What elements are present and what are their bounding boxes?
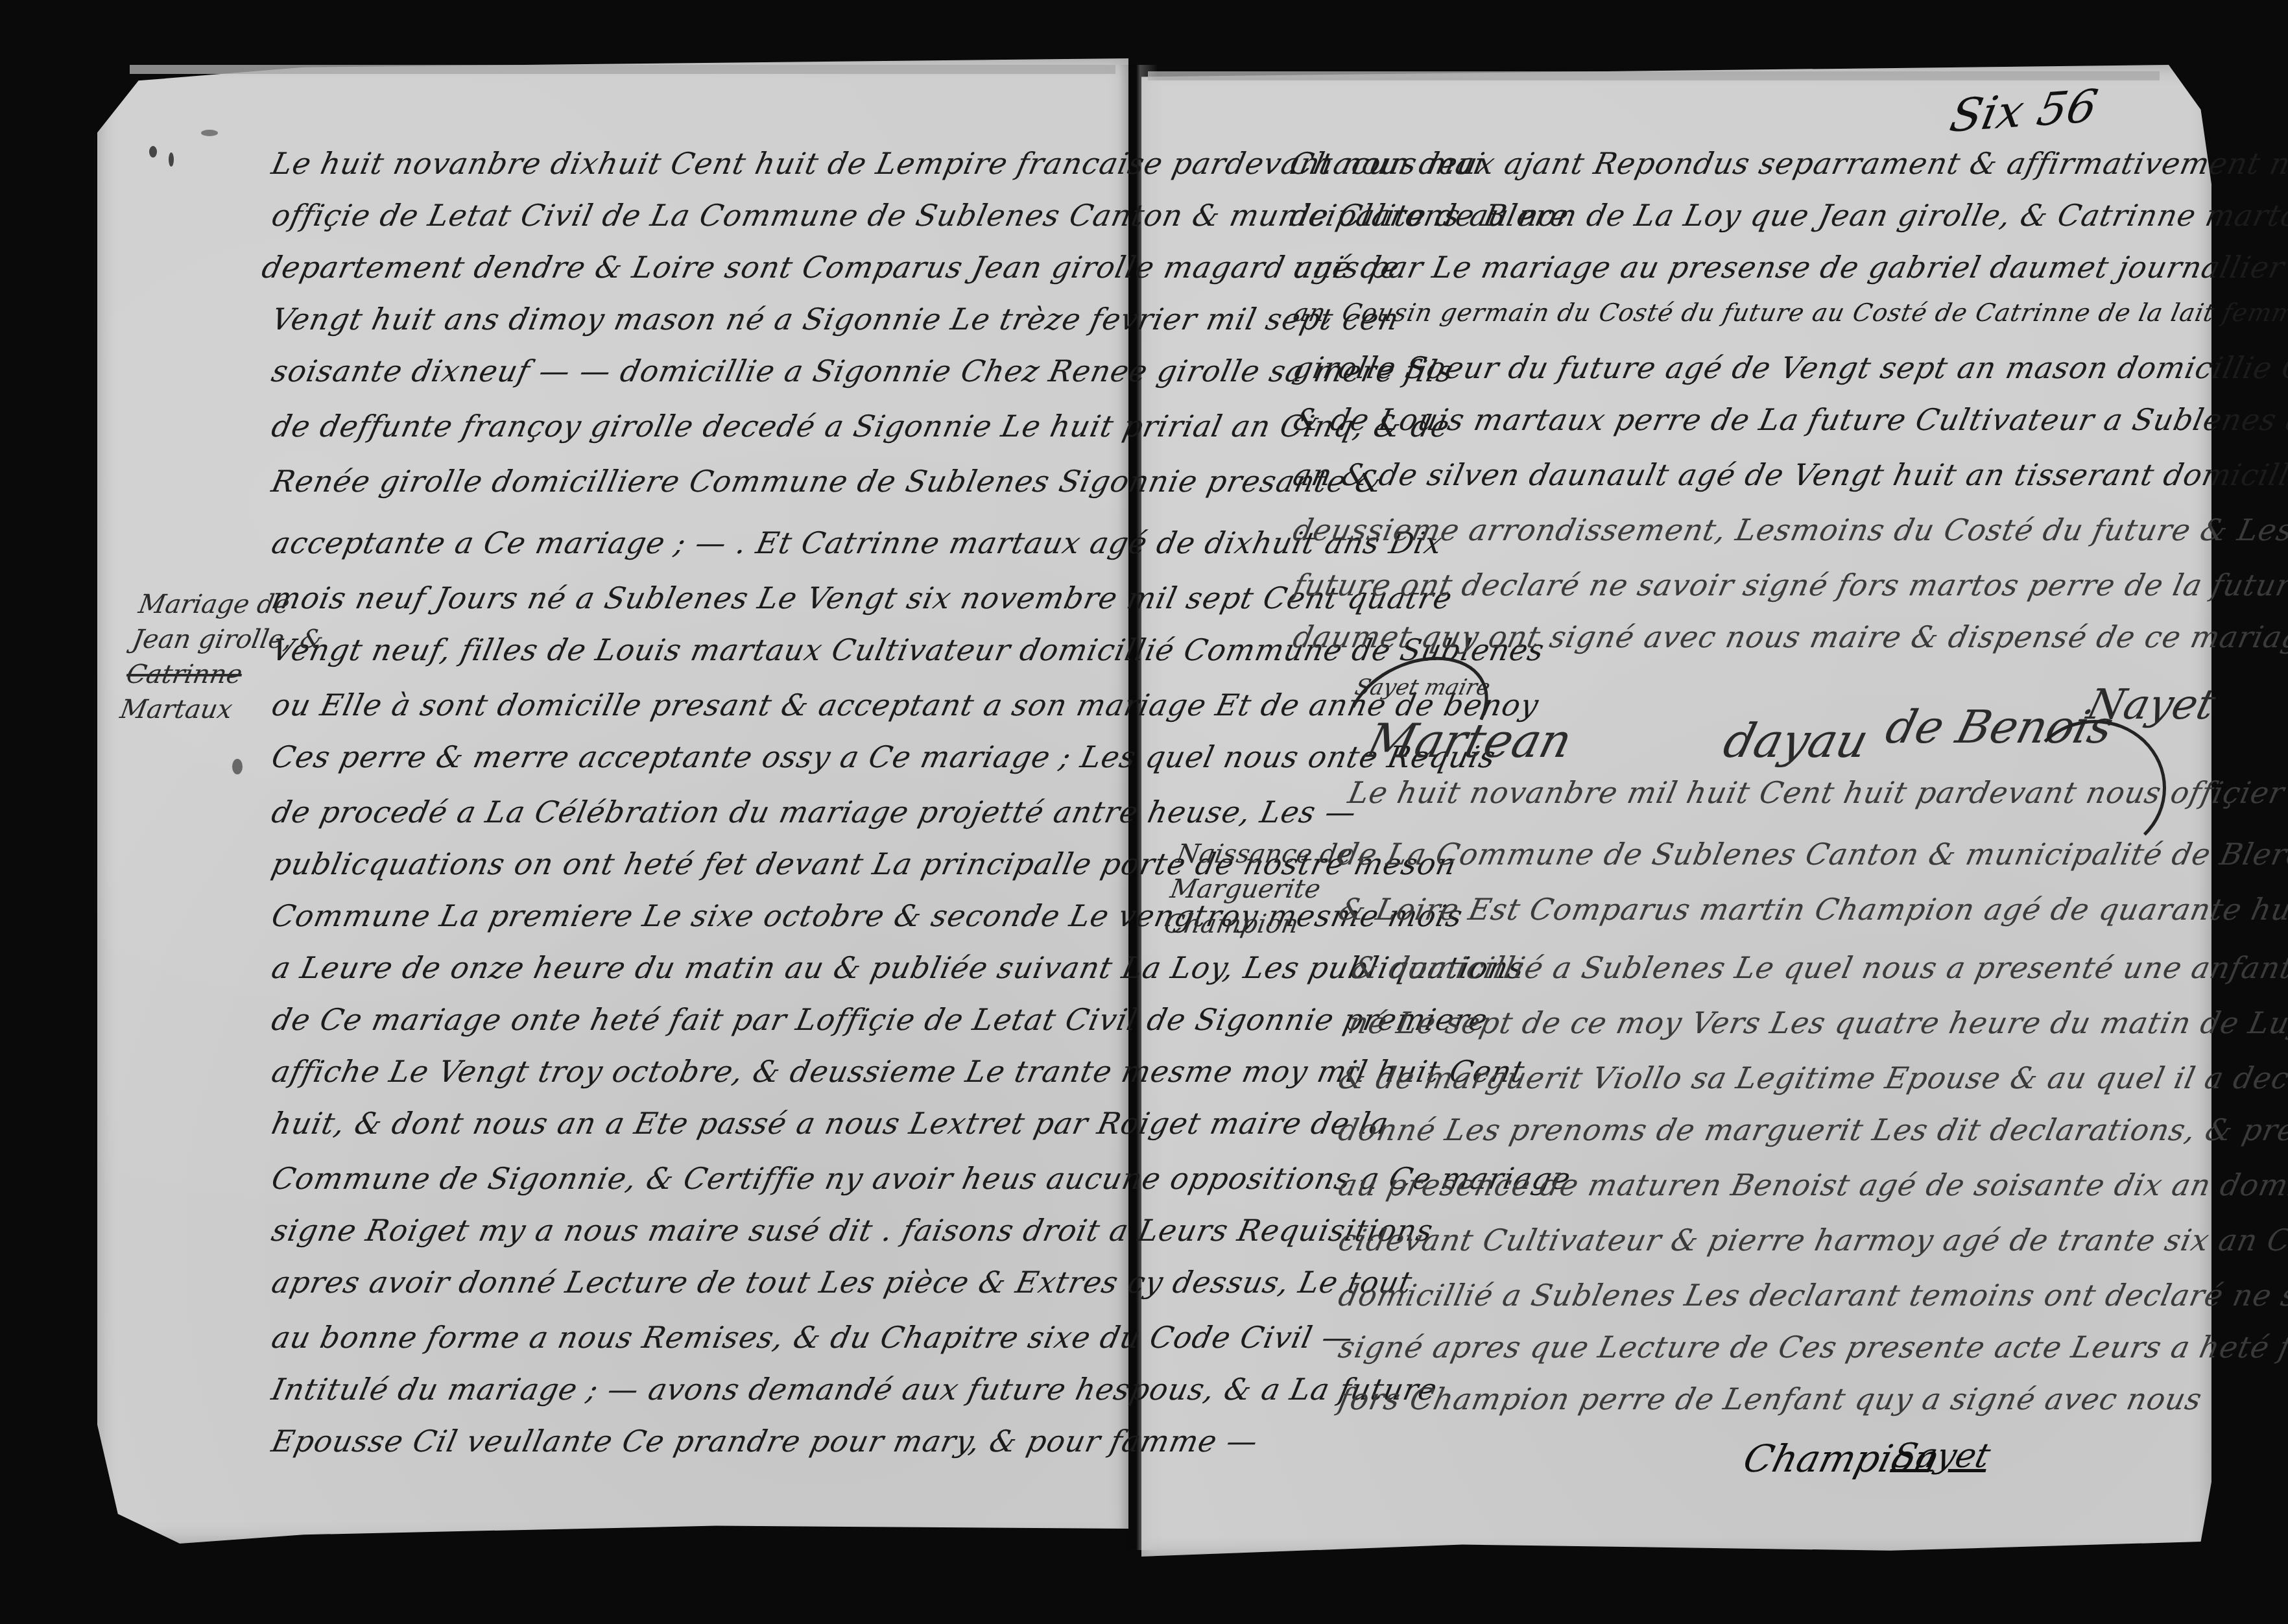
margin-note-marriage: Mariage de Jean girolle, & Catrinne Mart…	[117, 587, 333, 727]
ink-smudge	[149, 146, 157, 158]
text-line: mois neuf Jours né a Sublenes Le Vengt s…	[268, 580, 1455, 615]
text-line: a Leure de onze heure du matin au & publ…	[268, 950, 1528, 985]
text-line: Le huit novanbre mil huit Cent huit pard…	[1345, 775, 2288, 810]
text-line: Renée girolle domicilliere Commune de Su…	[268, 464, 1387, 499]
text-line: Intitulé du mariage ; — avons demandé au…	[268, 1372, 1440, 1407]
margin-note-line: Naissance de	[1174, 837, 1355, 872]
text-line: Ces perre & merre acceptante ossy a Ce m…	[268, 739, 1499, 774]
text-line: departement dendre & Loire sont Comparus…	[259, 250, 1403, 285]
text-line: de Ce mariage onte heté fait par Loffiçi…	[268, 1002, 1491, 1037]
text-line: domicillié a Sublenes Les declarant temo…	[1335, 1278, 2288, 1313]
ink-smudge	[169, 152, 174, 167]
text-line: girolle Soeur du future agé de Vengt sep…	[1290, 350, 2288, 385]
text-line: Chacun deux ajant Repondus separrament &…	[1287, 146, 2288, 181]
text-line: an, Cousin germain du Costé du future au…	[1291, 298, 2288, 327]
text-line: de deffunte françoy girolle decedé a Sig…	[268, 409, 1453, 444]
text-line: & Loire Est Comparus martin Champion agé…	[1335, 892, 2288, 927]
text-line: Vengt huit ans dimoy mason né a Sigonnie…	[268, 302, 1402, 337]
text-line: unis par Le mariage au presense de gabri…	[1290, 250, 2288, 285]
margin-note-birth: Naissance de Marguerite Champion	[1162, 837, 1355, 942]
page-number: Six 56	[1946, 79, 2102, 142]
text-line: signe Roiget my a nous maire susé dit . …	[268, 1213, 1436, 1248]
signature-dayau: dayau	[1719, 713, 1874, 768]
text-line: cidevant Cultivateur & pierre harmoy agé…	[1335, 1223, 2288, 1258]
text-line: au presence de maturen Benoist agé de so…	[1335, 1167, 2288, 1202]
text-line: soisante dixneuf — — domicillie a Sigonn…	[268, 353, 1457, 388]
text-line: né Le sept de ce moy Vers Les quatre heu…	[1345, 1005, 2288, 1040]
text-line: huit, & dont nous an a Ete passé a nous …	[268, 1106, 1392, 1141]
text-line: fors Champion perre de Lenfant quy a sig…	[1335, 1381, 2205, 1416]
text-line: & de marguerit Viollo sa Legitime Epouse…	[1335, 1060, 2288, 1095]
text-line: de Clarons au non de La Loy que Jean gir…	[1287, 198, 2288, 233]
margin-note-line: Martaux	[117, 692, 314, 727]
right-page-top-edge	[1148, 71, 2160, 80]
text-line: donné Les prenoms de marguerit Les dit d…	[1335, 1112, 2288, 1147]
signature-martean: Martean	[1362, 713, 1578, 768]
text-line: au bonne forme a nous Remises, & du Chap…	[268, 1320, 1357, 1355]
text-line: & de Louis martaux perre de La future Cu…	[1290, 402, 2288, 437]
ink-smudge	[232, 759, 243, 774]
text-line: future ont declaré ne savoir signé fors …	[1290, 567, 2288, 603]
margin-note-line: Mariage de	[136, 587, 333, 622]
text-line: acceptante a Ce mariage ; — . Et Catrinn…	[268, 525, 1446, 560]
ink-smudge	[201, 130, 218, 136]
text-line: Epousse Cil veullante Ce prandre pour ma…	[268, 1424, 1261, 1459]
margin-note-line: Catrinne	[123, 657, 320, 692]
text-line: signé apres que Lecture de Ces presente …	[1335, 1330, 2288, 1365]
text-line: an & de silven daunault agé de Vengt hui…	[1290, 457, 2288, 492]
text-line: apres avoir donné Lecture de tout Les pi…	[268, 1265, 1416, 1300]
margin-note-line: Champion	[1162, 907, 1343, 942]
text-line: deussieme arrondissement, Lesmoins du Co…	[1290, 512, 2288, 547]
text-line: daumet quy ont signé avec nous maire & d…	[1290, 619, 2288, 654]
margin-note-line: Jean girolle, &	[130, 622, 326, 657]
text-line: & domicillié a Sublenes Le quel nous a p…	[1348, 950, 2288, 985]
left-page-top-edge	[130, 65, 1115, 74]
text-line: de procedé a La Célébration du mariage p…	[268, 794, 1360, 830]
text-line: de La Commune de Sublenes Canton & munic…	[1335, 837, 2288, 872]
signature-sayet: Sayet	[1889, 1437, 1995, 1475]
margin-note-line: Marguerite	[1167, 872, 1349, 907]
